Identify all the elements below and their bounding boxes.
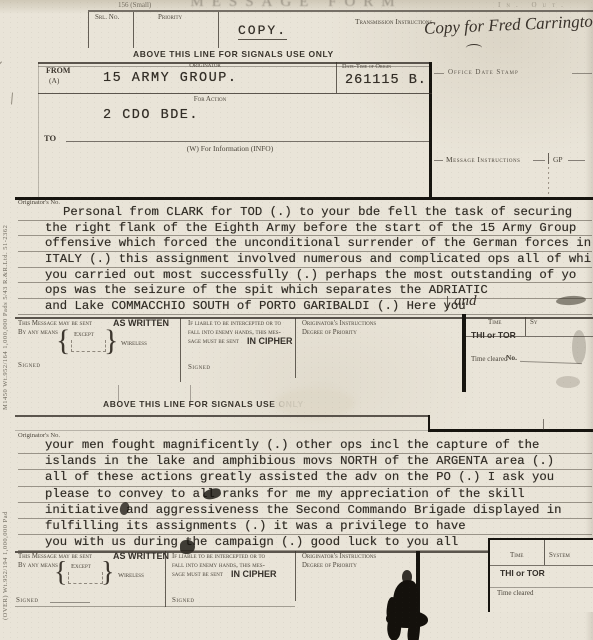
transmission-instructions-label: Transmission Instructions [355, 17, 432, 26]
in-out-faint-label: In. Out. [498, 1, 569, 9]
gp-tick [548, 153, 549, 164]
gp-label: GP [553, 155, 563, 164]
message-form-scan: MESSAGE FORM 156 (Small) In. Out. Srl. N… [0, 0, 593, 640]
srl-no-label: Srl. No. [95, 13, 119, 21]
originator-label: Originator [130, 62, 280, 69]
signed-label: Signed [172, 596, 194, 604]
signed-label: Signed [16, 596, 38, 604]
time-cleared-label: Time cleared [471, 355, 507, 363]
message-line: please to convey to all ranks for me my … [18, 487, 592, 503]
in-cipher-label: IN CIPHER [247, 336, 293, 346]
signals-divider-heavy [15, 197, 593, 200]
message-body-2: your men fought magnificently (.) other … [18, 438, 592, 551]
crease-line [0, 61, 2, 104]
handwritten-mark [466, 44, 482, 52]
wireless-label: Wireless [121, 340, 147, 347]
edge-smudge [556, 376, 580, 388]
rule-line [15, 430, 428, 431]
brace-right: } [104, 324, 118, 358]
step-tick [543, 419, 544, 430]
message-line: and Lake COMMACCHIO SOUTH of PORTO GARIB… [18, 299, 592, 315]
edge-smudge [572, 330, 586, 364]
except-label: Except [74, 331, 94, 338]
footer-divider [295, 551, 296, 601]
message-line: the right flank of the Eighth Army befor… [18, 221, 592, 237]
step-rule-left [15, 415, 428, 417]
brace-right: } [101, 557, 114, 589]
originators-instructions-label: Originator's Instructions [302, 320, 376, 327]
footer-divider [295, 318, 296, 378]
margin-imprint-bottom: (OVER) Wt.952/194 1,000,000 Pad [2, 420, 9, 620]
except-box [71, 340, 106, 352]
insert-tick [447, 296, 448, 310]
thi-or-tor-label: THI or TOR [500, 568, 545, 578]
thi-or-tor-label: THI or TOR [471, 330, 516, 340]
degree-of-priority-label: Degree of Priority [302, 562, 357, 569]
ink-blot [402, 570, 412, 584]
originator-value: 15 ARMY GROUP. [103, 71, 237, 86]
cipher-line-3: sage must be sent [172, 571, 223, 578]
box-border-right [429, 62, 432, 198]
for-action-rule [38, 93, 432, 94]
footer-bottom-rule [15, 606, 295, 607]
dash [434, 160, 443, 161]
message-line: fulfilling its assignments (.) it was a … [18, 519, 592, 535]
by-any-means-label: By any means [18, 562, 58, 569]
message-line: all of these actions greatly assisted th… [18, 470, 592, 486]
signals-line-2: ABOVE THIS LINE FOR SIGNALS USE ONLY [103, 399, 304, 409]
date-time-label: Date-Time of Origin [342, 63, 391, 70]
step-rule-right [428, 429, 593, 432]
message-line: initiative and aggressiveness the Second… [18, 503, 592, 519]
time-label: Time [488, 318, 501, 326]
time-label: Time [510, 551, 523, 559]
message-line: ops was the seizure of the spit which se… [18, 283, 592, 299]
message-line: ITALY (.) this assignment involved numer… [18, 252, 592, 268]
handwritten-and: and [454, 293, 477, 310]
form-number: 156 (Small) [118, 1, 151, 9]
time-cell-divider [544, 540, 545, 565]
by-any-means-label: By any means [18, 329, 58, 336]
message-line: offensive which forced the unconditional… [18, 236, 592, 252]
header-rule [88, 10, 593, 12]
except-box [68, 572, 103, 584]
paper-smudge [275, 388, 355, 418]
to-label: TO [44, 133, 56, 143]
message-line: islands in the lake and amphibious movs … [18, 454, 592, 470]
message-line: you carried out most successfully (.) pe… [18, 268, 592, 284]
priority-label: Priority [158, 13, 182, 21]
message-body-1: Personal from CLARK for TOD (.) to your … [18, 205, 592, 315]
cipher-line-3: sage must be sent [188, 338, 239, 345]
from-a-label: (A) [49, 76, 59, 85]
dash [434, 73, 444, 74]
box-border-left [38, 62, 39, 198]
cell-divider [88, 12, 89, 48]
time-cleared-label: Time cleared [497, 589, 533, 597]
originators-instructions-label: Originator's Instructions [302, 553, 376, 560]
cipher-line-2: fall into enemy hands, this mes- [172, 562, 265, 569]
sy-label: Sy [530, 318, 538, 326]
from-label: FROM [46, 66, 70, 75]
dash [533, 160, 545, 161]
no-label: No. [506, 353, 517, 362]
dash [568, 160, 585, 161]
for-action-label: For Action [120, 95, 300, 103]
copy-stamp: COPY. [238, 23, 287, 40]
date-time-value: 261115 B. [345, 73, 427, 88]
in-cipher-label: IN CIPHER [231, 569, 277, 579]
time-cleared-rule [520, 361, 582, 364]
to-rule [66, 141, 429, 142]
cipher-line-1: If liable to be intercepted or to [172, 553, 265, 560]
signed-rule [50, 602, 90, 603]
dash [572, 73, 592, 74]
as-written-label: AS WRITTEN [113, 318, 169, 328]
time-cell-divider [525, 317, 526, 336]
message-instructions-label: Message Instructions [446, 155, 520, 164]
cipher-line-2: fall into enemy hands, this mes- [188, 329, 281, 336]
footer-top-rule [15, 317, 593, 319]
crease-line [11, 92, 13, 104]
info-label: (W) For Information (INFO) [100, 144, 360, 153]
ink-blot [386, 610, 428, 628]
wireless-label: Wireless [118, 572, 144, 579]
cipher-line-1: If liable to be intercepted or to [188, 320, 281, 327]
handwritten-note: Copy for Fred Carrington [424, 11, 593, 39]
signed-label: Signed [188, 363, 210, 371]
office-date-stamp-label: Office Date Stamp [448, 68, 519, 76]
brace-left: { [56, 324, 70, 358]
signals-line-1: ABOVE THIS LINE FOR SIGNALS USE ONLY [133, 49, 334, 59]
date-cell-divider [336, 62, 337, 93]
as-written-label: AS WRITTEN [113, 551, 169, 561]
message-line: your men fought magnificently (.) other … [18, 438, 592, 454]
time-rule [490, 587, 593, 588]
message-line: Personal from CLARK for TOD (.) to your … [18, 205, 592, 221]
dashed-drop-line [548, 167, 549, 196]
brace-left: { [54, 557, 67, 589]
for-action-value: 2 CDO BDE. [103, 108, 199, 123]
cell-divider [218, 12, 219, 48]
system-label: System [549, 551, 570, 559]
except-label: Except [71, 563, 91, 570]
time-rule [490, 565, 593, 566]
signed-label: Signed [18, 361, 40, 369]
footer-divider [180, 318, 181, 382]
cell-divider [133, 12, 134, 48]
margin-imprint-top: M1450 Wt.952/164 1,000,000 Pads 5/43 R.&… [2, 150, 9, 410]
degree-of-priority-label: Degree of Priority [302, 329, 357, 336]
footer-divider-heavy [462, 314, 466, 392]
